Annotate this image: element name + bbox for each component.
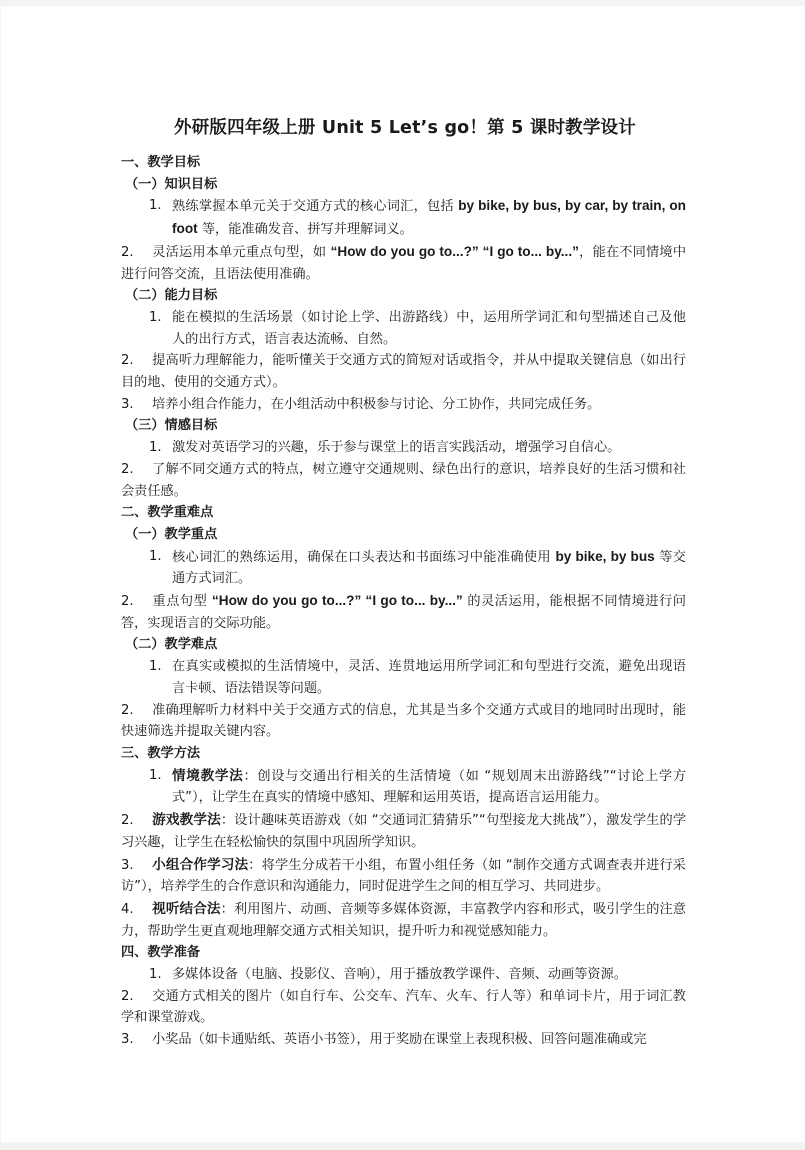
list-item: 1.情境教学法：创设与交通出行相关的生活情境（如 “规划周末出游路线”“讨论上学…: [121, 765, 686, 809]
list-item: 2.灵活运用本单元重点句型，如 “How do you go to...?” “…: [121, 241, 686, 285]
subsection-heading: （一）知识目标: [121, 174, 686, 196]
list-item: 3.培养小组合作能力，在小组活动中积极参与讨论、分工协作，共同完成任务。: [121, 394, 686, 416]
subsection-heading: （三）情感目标: [121, 415, 686, 437]
list-item: 2.提高听力理解能力，能听懂关于交通方式的简短对话或指令，并从中提取关键信息（如…: [121, 350, 686, 393]
list-item: 1.熟练掌握本单元关于交通方式的核心词汇，包括 by bike, by bus,…: [121, 195, 686, 240]
list-item: 1.能在模拟的生活场景（如讨论上学、出游路线）中，运用所学词汇和句型描述自己及他…: [121, 307, 686, 350]
list-item: 2.重点句型 “How do you go to...?” “I go to..…: [121, 590, 686, 634]
list-item: 2.游戏教学法：设计趣味英语游戏（如 “交通词汇猜猜乐”“句型接龙大挑战”），激…: [121, 809, 686, 853]
list-item: 2.准确理解听力材料中关于交通方式的信息，尤其是当多个交通方式或目的地同时出现时…: [121, 700, 686, 743]
section-heading: 四、教学准备: [121, 942, 686, 964]
subsection-heading: （二）教学难点: [121, 634, 686, 656]
document-title: 外研版四年级上册 Unit 5 Let’s go！第 5 课时教学设计: [115, 114, 695, 142]
list-item: 3.小奖品（如卡通贴纸、英语小书签），用于奖励在课堂上表现积极、回答问题准确或完: [121, 1029, 686, 1051]
list-item: 4.视听结合法：利用图片、动画、音频等多媒体资源，丰富教学内容和形式，吸引学生的…: [121, 898, 686, 942]
list-item: 3.小组合作学习法：将学生分成若干小组，布置小组任务（如 “制作交通方式调查表并…: [121, 854, 686, 898]
list-item: 1.多媒体设备（电脑、投影仪、音响），用于播放教学课件、音频、动画等资源。: [121, 964, 686, 986]
subsection-heading: （二）能力目标: [121, 285, 686, 307]
section-heading: 三、教学方法: [121, 743, 686, 765]
document-body: 外研版四年级上册 Unit 5 Let’s go！第 5 课时教学设计 一、教学…: [121, 114, 686, 1051]
list-item: 2.了解不同交通方式的特点，树立遵守交通规则、绿色出行的意识，培养良好的生活习惯…: [121, 459, 686, 502]
list-item: 2.交通方式相关的图片（如自行车、公交车、汽车、火车、行人等）和单词卡片，用于词…: [121, 986, 686, 1029]
document-page: 外研版四年级上册 Unit 5 Let’s go！第 5 课时教学设计 一、教学…: [1, 6, 805, 1142]
subsection-heading: （一）教学重点: [121, 524, 686, 546]
section-heading: 一、教学目标: [121, 152, 686, 174]
list-item: 1.在真实或模拟的生活情境中，灵活、连贯地运用所学词汇和句型进行交流，避免出现语…: [121, 656, 686, 699]
list-item: 1.核心词汇的熟练运用，确保在口头表达和书面练习中能准确使用 by bike, …: [121, 546, 686, 590]
list-item: 1.激发对英语学习的兴趣，乐于参与课堂上的语言实践活动，增强学习自信心。: [121, 437, 686, 459]
section-heading: 二、教学重难点: [121, 502, 686, 524]
